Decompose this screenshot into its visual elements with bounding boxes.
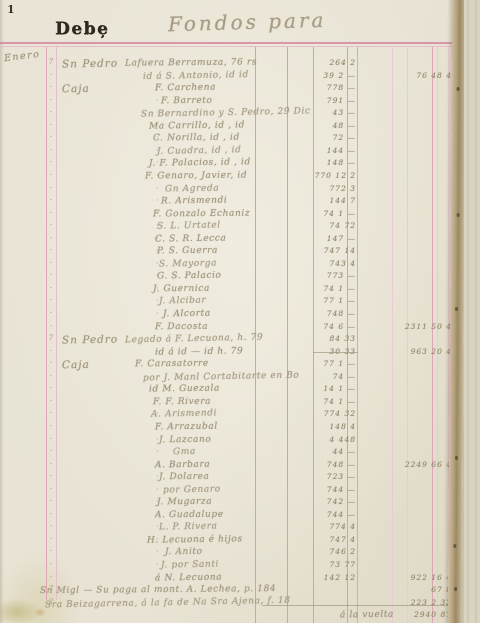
- ledger-row: ··por Genaro744 —: [0, 485, 480, 497]
- entry-description: J. Cuadra, id , id: [157, 145, 242, 157]
- entry-description: P. S. Guerra: [157, 246, 218, 257]
- entry-total: 922 16 4: [370, 573, 452, 582]
- day-mark: ·: [45, 158, 57, 166]
- entry-amount: 148 4: [295, 422, 356, 431]
- entry-description: J. F. Palacios, id , id: [149, 158, 251, 169]
- entry-amount: 772 3: [295, 184, 356, 193]
- day-mark: ·: [45, 359, 57, 367]
- entry-description: Sn Bernardino y S. Pedro, 29 Dic: [141, 107, 311, 120]
- top-rule-primary: [0, 42, 480, 44]
- ledger-row: ··J. Guernica74 1 —: [0, 284, 480, 296]
- account-ditto-mark: ·: [156, 447, 159, 456]
- day-mark: ·: [45, 447, 57, 455]
- entry-description: id M. Guezala: [149, 384, 220, 395]
- entry-total: 2940 87: [370, 610, 452, 619]
- entry-description: L. P. Rivera: [159, 522, 218, 533]
- entry-description: F. Arrazubal: [155, 421, 218, 432]
- account-ditto-mark: ·: [156, 485, 159, 494]
- ledger-row: ··F. Gonzalo Echaniz74 1 —: [0, 209, 480, 221]
- day-mark: ·: [45, 259, 57, 267]
- day-mark: ·: [45, 560, 57, 568]
- entry-description: Sn Migl — Su paga al mont. A. Lechea, p.…: [40, 584, 276, 596]
- header-fondos: Fondos para: [168, 8, 327, 36]
- entry-description: Gn Agreda: [165, 183, 219, 194]
- ledger-row: ··J. Anito746 2: [0, 547, 480, 559]
- ledger-row: ··G. S. Palacio773 —: [0, 271, 480, 283]
- entry-amount: 144 —: [295, 146, 356, 155]
- ledger-row: ··Gma44 —: [0, 447, 480, 459]
- entry-description: C. S. R. Lecca: [155, 233, 227, 244]
- day-mark: ·: [45, 171, 57, 179]
- day-mark: ·: [45, 121, 57, 129]
- entry-amount: 84 33: [295, 334, 356, 343]
- entry-description: F. Dacosta: [155, 321, 208, 331]
- entry-amount: 142 12: [295, 573, 356, 582]
- entry-amount: 43 —: [295, 108, 356, 117]
- ledger-row: á la vuelta2940 87: [0, 610, 480, 622]
- ledger-row: ··por J. Manl Cortabitarte en Bo74 —: [0, 372, 480, 384]
- ledger-row: ··A. Barbara748 —2249 66 4: [0, 460, 480, 472]
- entry-amount: 74 —: [295, 372, 356, 381]
- day-mark: ·: [45, 522, 57, 530]
- ledger-row: ··á N. Lecuona142 12922 16 4: [0, 573, 480, 585]
- entry-amount: 73 77: [295, 560, 356, 569]
- entry-amount: 44 —: [295, 447, 356, 456]
- entry-amount: 747 14: [295, 246, 356, 255]
- entry-description: A. Arismendi: [151, 409, 217, 420]
- day-mark: ·: [45, 485, 57, 493]
- day-mark: ·: [45, 246, 57, 254]
- entry-description: Sra Beizagarrena, á la fa de Na Sra Ajen…: [45, 595, 291, 610]
- entry-description: por J. Manl Cortabitarte en Bo: [143, 370, 300, 383]
- day-mark: ·: [45, 133, 57, 141]
- entry-description: H. Lecuona é hijos: [147, 534, 243, 545]
- ledger-row: ··id á S. Antonio, id id39 2 —76 48 4: [0, 71, 480, 83]
- entry-description: C. Norilla, id , id: [153, 133, 240, 144]
- stitch-dot: [454, 587, 457, 591]
- ledger-row: ··J. Dolarea723 —: [0, 472, 480, 484]
- ledger-row: ··Sn Bernardino y S. Pedro, 29 Dic43 —: [0, 108, 480, 120]
- day-mark: ·: [45, 209, 57, 217]
- ledger-row: ·CajaF. Carasatorre77 1 —: [0, 359, 480, 371]
- entry-amount: 74 1 —: [295, 284, 356, 293]
- day-mark: ·: [45, 497, 57, 505]
- day-mark: ·: [45, 234, 57, 242]
- entry-total: 2311 50 4: [370, 322, 452, 331]
- day-mark: ·: [45, 221, 57, 229]
- stitch-dot: [455, 307, 458, 311]
- ledger-row: ··id á id — id h. 7930 33963 20 4: [0, 347, 480, 359]
- entry-amount: 14 1 —: [295, 384, 356, 393]
- entry-amount: 746 2: [295, 547, 356, 556]
- account-label: Caja: [62, 83, 90, 95]
- entry-amount: 770 12 2: [295, 171, 356, 180]
- account-label: Sn Pedro: [62, 58, 118, 71]
- ledger-row: ··A. Arismendi774 32: [0, 409, 480, 421]
- ledger-row: ··J. F. Palacios, id , id148 —: [0, 158, 480, 170]
- day-mark: ·: [45, 573, 57, 581]
- entry-description: id á S. Antonio, id id: [143, 70, 249, 82]
- day-mark: ·: [45, 535, 57, 543]
- entry-description: J. Alcibar: [159, 296, 207, 307]
- ledger-row: ··F. F. Rivera74 1 —: [0, 397, 480, 409]
- ledger-row: ··A. Guadalupe744 —: [0, 510, 480, 522]
- day-mark: ·: [45, 309, 57, 317]
- entry-total: 76 48 4: [370, 71, 452, 80]
- entry-description: A. Guadalupe: [155, 509, 224, 520]
- entry-total: 963 20 4: [370, 347, 452, 356]
- entry-amount: 147 —: [295, 234, 356, 243]
- day-mark: ·: [45, 435, 57, 443]
- ledger-row: ··J. Alcibar77 1 —: [0, 296, 480, 308]
- subtotal-line: [313, 352, 358, 353]
- entry-amount: 748 —: [295, 309, 356, 318]
- entry-amount: 774 4: [295, 522, 356, 531]
- ledger-row: ··J. Lazcano4 448: [0, 435, 480, 447]
- ledger-row: ··F. Barreto791 —: [0, 96, 480, 108]
- day-mark: ·: [45, 146, 57, 154]
- day-mark: ·: [45, 108, 57, 116]
- account-ditto-mark: ·: [156, 309, 159, 318]
- day-mark: ·: [45, 96, 57, 104]
- entry-amount: 48 —: [295, 121, 356, 130]
- ledger-row: ··J. Cuadra, id , id144 —: [0, 146, 480, 158]
- ledger-row: 2Sra Beizagarrena, á la fa de Na Sra Aje…: [0, 598, 480, 610]
- ledger-row: 7Sn Migl — Su paga al mont. A. Lechea, p…: [0, 585, 480, 597]
- entry-description: Gma: [173, 447, 196, 457]
- entry-description: J. Lazcano: [159, 434, 211, 444]
- entry-description: F. Genaro, Javier, id: [145, 170, 247, 181]
- stitch-dot: [455, 456, 458, 460]
- entry-description: F. Barreto: [161, 95, 213, 105]
- account-label: Caja: [62, 359, 90, 371]
- day-mark: ·: [45, 284, 57, 292]
- entry-description: Ma Carrillo, id , id: [149, 120, 245, 131]
- stitch-dot: [457, 87, 460, 91]
- ledger-row: ··C. S. R. Lecca147 —: [0, 234, 480, 246]
- entry-amount: 743 4: [295, 259, 356, 268]
- day-mark: ·: [45, 384, 57, 392]
- entry-amount: 264 2: [295, 58, 356, 67]
- entry-amount: 74 6 —: [295, 322, 356, 331]
- entry-description: G. S. Palacio: [157, 271, 222, 282]
- entry-description: J. Anito: [165, 547, 203, 557]
- entry-total: 2249 66 4: [370, 460, 452, 469]
- entry-amount: 74 72: [295, 221, 356, 230]
- entry-amount: 742 —: [295, 497, 356, 506]
- top-rule-secondary: [0, 46, 480, 47]
- day-mark: ·: [45, 510, 57, 518]
- day-mark: ·: [45, 472, 57, 480]
- ledger-row: ··F. Dacosta74 6 —2311 50 4: [0, 322, 480, 334]
- ledger-row: ··S. Mayorga743 4: [0, 259, 480, 271]
- account-ditto-mark: ·: [156, 184, 159, 193]
- entry-amount: 77 1 —: [295, 296, 356, 305]
- entry-description: F. Gonzalo Echaniz: [153, 208, 250, 219]
- entry-amount: 144 7: [295, 196, 356, 205]
- entry-amount: 744 —: [295, 510, 356, 519]
- day-mark: ·: [45, 347, 57, 355]
- entry-description: F. F. Rivera: [153, 397, 211, 408]
- day-mark: ·: [45, 196, 57, 204]
- day-mark: ·: [45, 296, 57, 304]
- day-mark: ·: [45, 397, 57, 405]
- day-mark: ·: [45, 372, 57, 380]
- day-mark: ·: [45, 71, 57, 79]
- entry-description: R. Arismendi: [161, 196, 227, 207]
- ledger-row: ··Ma Carrillo, id , id48 —: [0, 121, 480, 133]
- ledger-row: ··H. Lecuona é hijos747 4: [0, 535, 480, 547]
- account-label: Sn Pedro: [62, 334, 118, 347]
- day-mark: 7: [45, 334, 57, 342]
- ledger-row: ··J. por Santi73 77: [0, 560, 480, 572]
- entry-description: F. Carchena: [155, 83, 216, 94]
- ledger-row: ··S. L. Urtatel74 72: [0, 221, 480, 233]
- account-ditto-mark: ·: [156, 196, 159, 205]
- entry-description: S. Mayorga: [159, 258, 217, 269]
- account-ditto-mark: ·: [156, 560, 159, 569]
- day-mark: ·: [45, 322, 57, 330]
- day-mark: ·: [45, 271, 57, 279]
- ledger-row: ··Gn Agreda772 3: [0, 184, 480, 196]
- entry-description: J. Mugarza: [157, 497, 212, 508]
- ledger-row: ··F. Genaro, Javier, id770 12 2: [0, 171, 480, 183]
- entry-amount: 773 —: [295, 271, 356, 280]
- entry-description: A. Barbara: [155, 459, 210, 470]
- next-page-edges: [464, 0, 480, 623]
- day-mark: ·: [45, 184, 57, 192]
- ledger-row: ··J. Mugarza742 —: [0, 497, 480, 509]
- ledger-row: 7Sn PedroLafuera Berramuza, 76 rs264 2: [0, 58, 480, 70]
- entry-description: Legado á F. Lecuona, h. 79: [125, 333, 263, 346]
- entry-amount: 744 —: [295, 485, 356, 494]
- header-debe: Debe̦: [55, 19, 109, 39]
- ledger-row: ··F. Arrazubal148 4: [0, 422, 480, 434]
- day-mark: ·: [45, 422, 57, 430]
- ledger-row: ··C. Norilla, id , id72 —: [0, 133, 480, 145]
- entry-amount: 77 1 —: [295, 359, 356, 368]
- day-mark: 7: [45, 58, 57, 66]
- carry-total-line: [262, 605, 458, 606]
- entry-amount: 723 —: [295, 472, 356, 481]
- page-number: 1: [7, 3, 15, 16]
- day-mark: ·: [45, 409, 57, 417]
- entry-amount: 791 —: [295, 96, 356, 105]
- entry-description: F. Carasatorre: [135, 359, 209, 370]
- entry-amount: 74 1 —: [295, 209, 356, 218]
- entry-amount: 148 —: [295, 158, 356, 167]
- entry-description: por Genaro: [163, 484, 221, 495]
- ledger-row: ·CajaF. Carchena778 —: [0, 83, 480, 95]
- entry-amount: 72 —: [295, 133, 356, 142]
- ledger-page: 1 Debe̦ Fondos para Enero 7Sn PedroLafue…: [0, 0, 480, 623]
- entry-description: J. Dolarea: [159, 472, 210, 482]
- paper-stain-small: [34, 608, 46, 617]
- ledger-row: ··R. Arismendi144 7: [0, 196, 480, 208]
- entry-amount: 747 4: [295, 535, 356, 544]
- day-mark: ·: [45, 547, 57, 555]
- ledger-row: ··J. Alcorta748 —: [0, 309, 480, 321]
- ledger-row: ··P. S. Guerra747 14: [0, 246, 480, 258]
- entry-description: J. por Santi: [161, 559, 219, 570]
- stitch-dot: [457, 213, 460, 217]
- entry-description: á N. Lecuona: [155, 572, 222, 583]
- stitch-dot: [453, 544, 456, 548]
- account-ditto-mark: ·: [156, 96, 159, 105]
- entry-description: J. Guernica: [153, 284, 210, 294]
- ledger-row: ··L. P. Rivera774 4: [0, 522, 480, 534]
- entry-amount: 748 —: [295, 460, 356, 469]
- entry-amount: 778 —: [295, 83, 356, 92]
- entry-amount: 74 1 —: [295, 397, 356, 406]
- entry-amount: 39 2 —: [295, 71, 356, 80]
- entry-description: id á id — id h. 79: [155, 346, 243, 357]
- entry-total: 67 8: [370, 585, 452, 594]
- day-mark: ·: [45, 83, 57, 91]
- entry-amount: 4 448: [295, 435, 356, 444]
- entry-amount: 774 32: [295, 409, 356, 418]
- entry-description: J. Alcorta: [163, 309, 211, 320]
- day-mark: ·: [45, 460, 57, 468]
- account-ditto-mark: ·: [156, 547, 159, 556]
- entry-description: S. L. Urtatel: [157, 221, 221, 232]
- ledger-row: ··id M. Guezala14 1 —: [0, 384, 480, 396]
- ledger-row: 7Sn PedroLegado á F. Lecuona, h. 7984 33: [0, 334, 480, 346]
- entry-description: Lafuera Berramuza, 76 rs: [125, 57, 257, 68]
